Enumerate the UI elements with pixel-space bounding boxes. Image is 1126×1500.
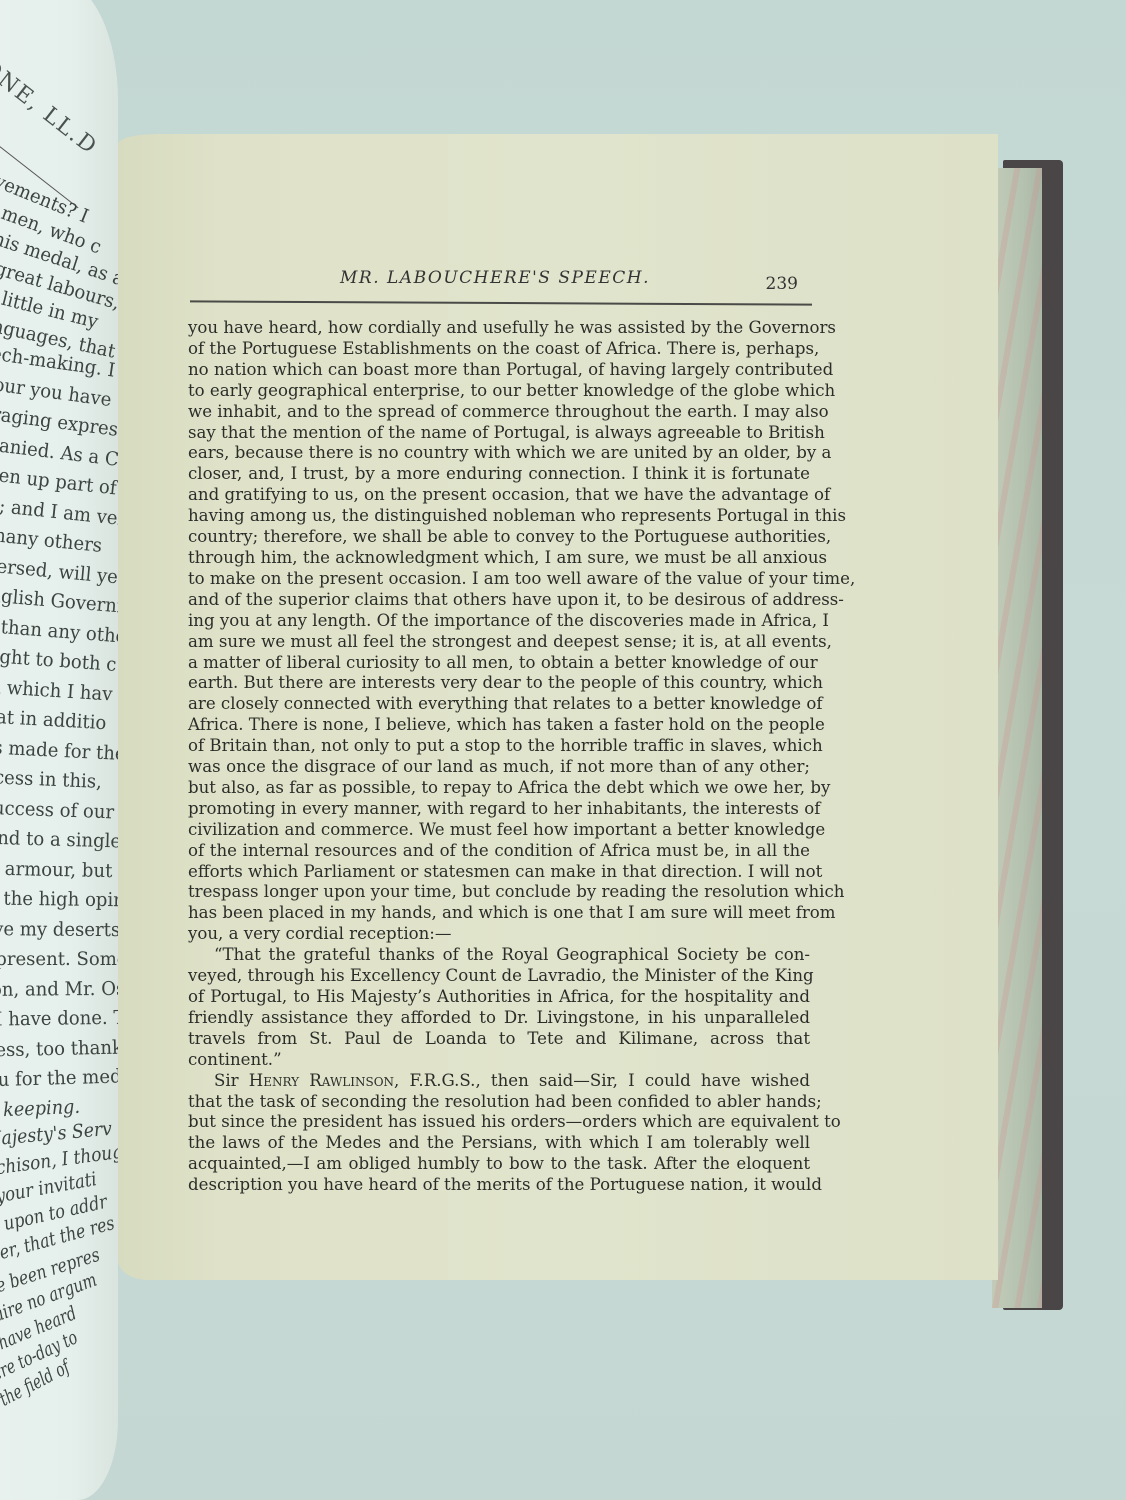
text-line: ing you at any length. Of the importance… (188, 611, 810, 632)
text-line: civilization and commerce. We must feel … (188, 820, 810, 841)
left-page-line: theless, too thankf (0, 1036, 118, 1062)
text-line: continent.” (188, 1050, 810, 1071)
text-line: no nation which can boast more than Port… (188, 360, 810, 381)
paragraph-rawlinson: Sir Henry Rawlinson, F.R.G.S., then said… (188, 1071, 810, 1196)
text-line: are closely connected with everything th… (188, 694, 810, 715)
text-line: you, a very cordial reception:— (188, 924, 810, 945)
text-line: Africa. There is none, I believe, which … (188, 715, 810, 736)
left-running-head: ONE, LL.D (0, 55, 102, 160)
text-line: to early geographical enterprise, to our… (188, 381, 810, 402)
text-line: closer, and, I trust, by a more enduring… (188, 464, 810, 485)
left-page-line: above my deserts, (0, 918, 118, 941)
text-line: say that the mention of the name of Port… (188, 423, 810, 444)
text-line: has been placed in my hands, and which i… (188, 903, 810, 924)
left-page-line: d that in additio (0, 704, 107, 734)
left-page-line: traversed, will yet (0, 552, 118, 589)
text-line: of the internal resources and of the con… (188, 841, 810, 862)
text-line: you have heard, how cordially and useful… (188, 318, 810, 339)
left-page-line: the present. Some (0, 948, 118, 970)
text-line: through him, the acknowledgment which, I… (188, 548, 810, 569)
text-line: of Portugal, to His Majesty’s Authoritie… (188, 987, 810, 1008)
paragraph-labouchere: you have heard, how cordially and useful… (188, 318, 810, 945)
left-page-line: ardon, and Mr. Os (0, 977, 118, 1000)
text-line: was once the disgrace of our land as muc… (188, 757, 810, 778)
text-line: ears, because there is no country with w… (188, 443, 810, 464)
text-line: travels from St. Paul de Loanda to Tete … (188, 1029, 810, 1050)
text-line: friendly assistance they afforded to Dr.… (188, 1008, 810, 1029)
left-page-line: hat I have done. T (0, 1007, 118, 1031)
text-line: earth. But there are interests very dear… (188, 673, 810, 694)
text-line: and of the superior claims that others h… (188, 590, 810, 611)
text-line: having among us, the distinguished noble… (188, 506, 810, 527)
left-page-line: k you for the med (0, 1065, 118, 1092)
text-line: am sure we must all feel the strongest a… (188, 632, 810, 653)
left-page-line: e English Governm (0, 582, 118, 619)
text-line: of Britain than, not only to put a stop … (188, 736, 810, 757)
left-page-line: rica than any other (0, 613, 118, 648)
left-page-line: path which I hav (0, 674, 113, 706)
text-line: that the task of seconding the resolutio… (188, 1092, 810, 1113)
text-line: promoting in every manner, with regard t… (188, 799, 810, 820)
running-head: MR. LABOUCHERE'S SPEECH. 239 (190, 268, 810, 302)
text-line: but also, as far as possible, to repay t… (188, 778, 810, 799)
text-line: of the Portuguese Establishments on the … (188, 339, 810, 360)
rawlinson-lines: that the task of seconding the resolutio… (188, 1092, 810, 1197)
left-page-line: at success of our cr (0, 796, 118, 824)
text-line: trespass longer upon your time, but conc… (188, 882, 810, 903)
left-page-line: f his armour, but I (0, 857, 118, 882)
text-line: country; therefore, we shall be able to … (188, 527, 810, 548)
running-title: MR. LABOUCHERE'S SPEECH. (340, 268, 650, 288)
speaker-title: Sir (214, 1071, 249, 1090)
text-line: the laws of the Medes and the Persians, … (188, 1133, 810, 1154)
text-line: and gratifying to us, on the present occ… (188, 485, 810, 506)
speaker-intro: , F.R.G.S., then said—Sir, I could have … (394, 1071, 810, 1090)
left-page-line: retend to a single (0, 826, 118, 852)
text-line: efforts which Parliament or statesmen ca… (188, 862, 810, 883)
text-line: but since the president has issued his o… (188, 1112, 810, 1133)
text-line: Sir Henry Rawlinson, F.R.G.S., then said… (188, 1071, 810, 1092)
text-line: we inhabit, and to the spread of commerc… (188, 402, 810, 423)
text-line: a matter of liberal curiosity to all men… (188, 653, 810, 674)
text-line: to make on the present occasion. I am to… (188, 569, 810, 590)
text-line: description you have heard of the merits… (188, 1175, 810, 1196)
left-page-line: orth keeping. (0, 1095, 80, 1122)
left-page-line: a blight to both c (0, 643, 117, 676)
speaker-name: Henry Rawlinson (249, 1071, 394, 1090)
left-page-line: l for the high opin (0, 887, 118, 911)
page-body: you have heard, how cordially and useful… (188, 318, 810, 1196)
paragraph-resolution: “That the grateful thanks of the Royal G… (188, 945, 810, 1070)
marbled-page-edge (992, 168, 1042, 1308)
page-number: 239 (766, 274, 798, 294)
text-line: “That the grateful thanks of the Royal G… (188, 945, 810, 966)
left-page-line: forts made for the (0, 735, 118, 765)
text-line: veyed, through his Excellency Count de L… (188, 966, 810, 987)
left-page-line: Success in this, (0, 765, 102, 793)
left-page: ONE, LL.D chievements? Id by men, who co… (0, 0, 118, 1500)
text-line: acquainted,—I am obliged humbly to bow t… (188, 1154, 810, 1175)
